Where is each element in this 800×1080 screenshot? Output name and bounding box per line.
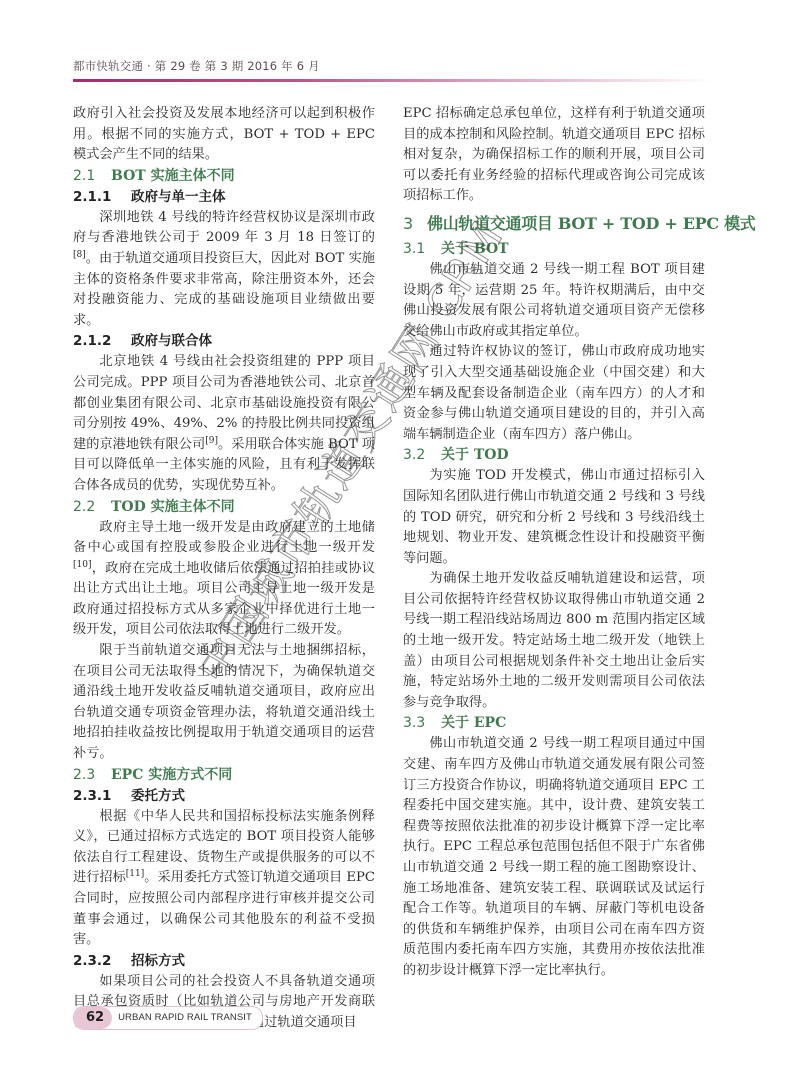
paragraph: 佛山市轨道交通 2 号线一期工程项目通过中国交建、南车四方及佛山市轨道交通发展有… bbox=[403, 734, 705, 981]
section-number: 2.1.1 bbox=[73, 187, 131, 208]
section-heading-2-2: 2.2TOD 实施主体不同 bbox=[73, 497, 375, 518]
section-number: 2.2 bbox=[73, 497, 111, 518]
text: 政府主导土地一级开发是由政府建立的土地储备中心或国有控股或参股企业进行土地一级开… bbox=[73, 520, 375, 556]
subsection-heading-2-1-2: 2.1.2政府与联合体 bbox=[73, 331, 375, 352]
paragraph: 政府引入社会投资及发展本地经济可以起到积极作用。根据不同的实施方式，BOT + … bbox=[73, 104, 375, 166]
section-title: TOD 实施主体不同 bbox=[111, 499, 235, 515]
section-heading-3-1: 3.1关于 BOT bbox=[403, 239, 705, 260]
section-title: 佛山轨道交通项目 BOT + TOD + EPC 模式 bbox=[427, 214, 755, 233]
paragraph: 通过特许权协议的签订，佛山市政府成功地实现了引入大型交通基础设施企业（中国交建）… bbox=[403, 342, 705, 445]
section-title: 招标方式 bbox=[131, 953, 185, 969]
text: 深圳地铁 4 号线的特许经营权协议是深圳市政府与香港地铁公司于 2009 年 3… bbox=[73, 210, 375, 246]
journal-name: URBAN RAPID RAIL TRANSIT bbox=[112, 1007, 262, 1029]
section-number: 2.3 bbox=[73, 765, 111, 786]
section-number: 2.3.1 bbox=[73, 786, 131, 807]
section-number: 3.2 bbox=[403, 445, 441, 466]
section-heading-2-1: 2.1BOT 实施主体不同 bbox=[73, 166, 375, 187]
section-title: BOT 实施主体不同 bbox=[111, 168, 235, 184]
paragraph: 限于当前轨道交通项目无法与土地捆绑招标，在项目公司无法取得土地的情况下，为确保轨… bbox=[73, 641, 375, 765]
right-column: EPC 招标确定总承包单位，这样有利于轨道交通项目的成本控制和风险控制。轨道交通… bbox=[403, 104, 705, 982]
section-number: 3 bbox=[403, 211, 427, 237]
running-header: 都市快轨交通 · 第 29 卷 第 3 期 2016 年 6 月 bbox=[73, 58, 320, 74]
page-number: 62 bbox=[74, 1007, 112, 1029]
section-heading-3: 3佛山轨道交通项目 BOT + TOD + EPC 模式 bbox=[403, 211, 705, 237]
section-title: 政府与联合体 bbox=[131, 333, 212, 349]
section-number: 2.3.2 bbox=[73, 951, 131, 972]
subsection-heading-2-1-1: 2.1.1政府与单一主体 bbox=[73, 187, 375, 208]
section-number: 2.1.2 bbox=[73, 331, 131, 352]
paragraph: 政府主导土地一级开发是由政府建立的土地储备中心或国有控股或参股企业进行土地一级开… bbox=[73, 518, 375, 642]
section-title: 委托方式 bbox=[131, 788, 185, 804]
page-footer-badge: 62 URBAN RAPID RAIL TRANSIT bbox=[73, 1006, 263, 1030]
citation[interactable]: [9] bbox=[205, 436, 218, 446]
citation[interactable]: [11] bbox=[126, 869, 144, 879]
paragraph: 佛山市轨道交通 2 号线一期工程 BOT 项目建设期 5 年，运营期 25 年。… bbox=[403, 260, 705, 342]
section-title: 关于 EPC bbox=[441, 715, 506, 731]
paragraph: EPC 招标确定总承包单位，这样有利于轨道交通项目的成本控制和风险控制。轨道交通… bbox=[403, 104, 705, 207]
section-title: 政府与单一主体 bbox=[131, 189, 226, 205]
section-title: EPC 实施方式不同 bbox=[111, 767, 232, 783]
paragraph: 深圳地铁 4 号线的特许经营权协议是深圳市政府与香港地铁公司于 2009 年 3… bbox=[73, 208, 375, 332]
section-heading-3-2: 3.2关于 TOD bbox=[403, 445, 705, 466]
paragraph: 北京地铁 4 号线由社会投资组建的 PPP 项目公司完成。PPP 项目公司为香港… bbox=[73, 352, 375, 496]
paragraph: 为确保土地开发收益反哺轨道建设和运营，项目公司依据特许经营权协议取得佛山市轨道交… bbox=[403, 569, 705, 713]
section-number: 2.1 bbox=[73, 166, 111, 187]
paragraph: 根据《中华人民共和国招标投标法实施条例释义》，已通过招标方式选定的 BOT 项目… bbox=[73, 807, 375, 951]
section-title: 关于 BOT bbox=[441, 241, 509, 257]
text: ，政府在完成土地收储后依法通过招拍挂或协议出让方式出让土地。项目公司主导土地一级… bbox=[73, 561, 375, 638]
subsection-heading-2-3-2: 2.3.2招标方式 bbox=[73, 951, 375, 972]
citation[interactable]: [10] bbox=[73, 560, 91, 570]
section-heading-3-3: 3.3关于 EPC bbox=[403, 713, 705, 734]
subsection-heading-2-3-1: 2.3.1委托方式 bbox=[73, 786, 375, 807]
section-number: 3.1 bbox=[403, 239, 441, 260]
citation[interactable]: [8] bbox=[73, 250, 86, 260]
section-number: 3.3 bbox=[403, 713, 441, 734]
header-rule bbox=[73, 79, 713, 82]
left-column: 政府引入社会投资及发展本地经济可以起到积极作用。根据不同的实施方式，BOT + … bbox=[73, 104, 375, 1034]
section-title: 关于 TOD bbox=[441, 447, 509, 463]
text: 。由于轨道交通项目投资巨大，因此对 BOT 实施主体的资格条件要求非常高，除注册… bbox=[73, 251, 375, 328]
section-heading-2-3: 2.3EPC 实施方式不同 bbox=[73, 765, 375, 786]
paragraph: 为实施 TOD 开发模式，佛山市通过招标引入国际知名团队进行佛山市轨道交通 2 … bbox=[403, 466, 705, 569]
